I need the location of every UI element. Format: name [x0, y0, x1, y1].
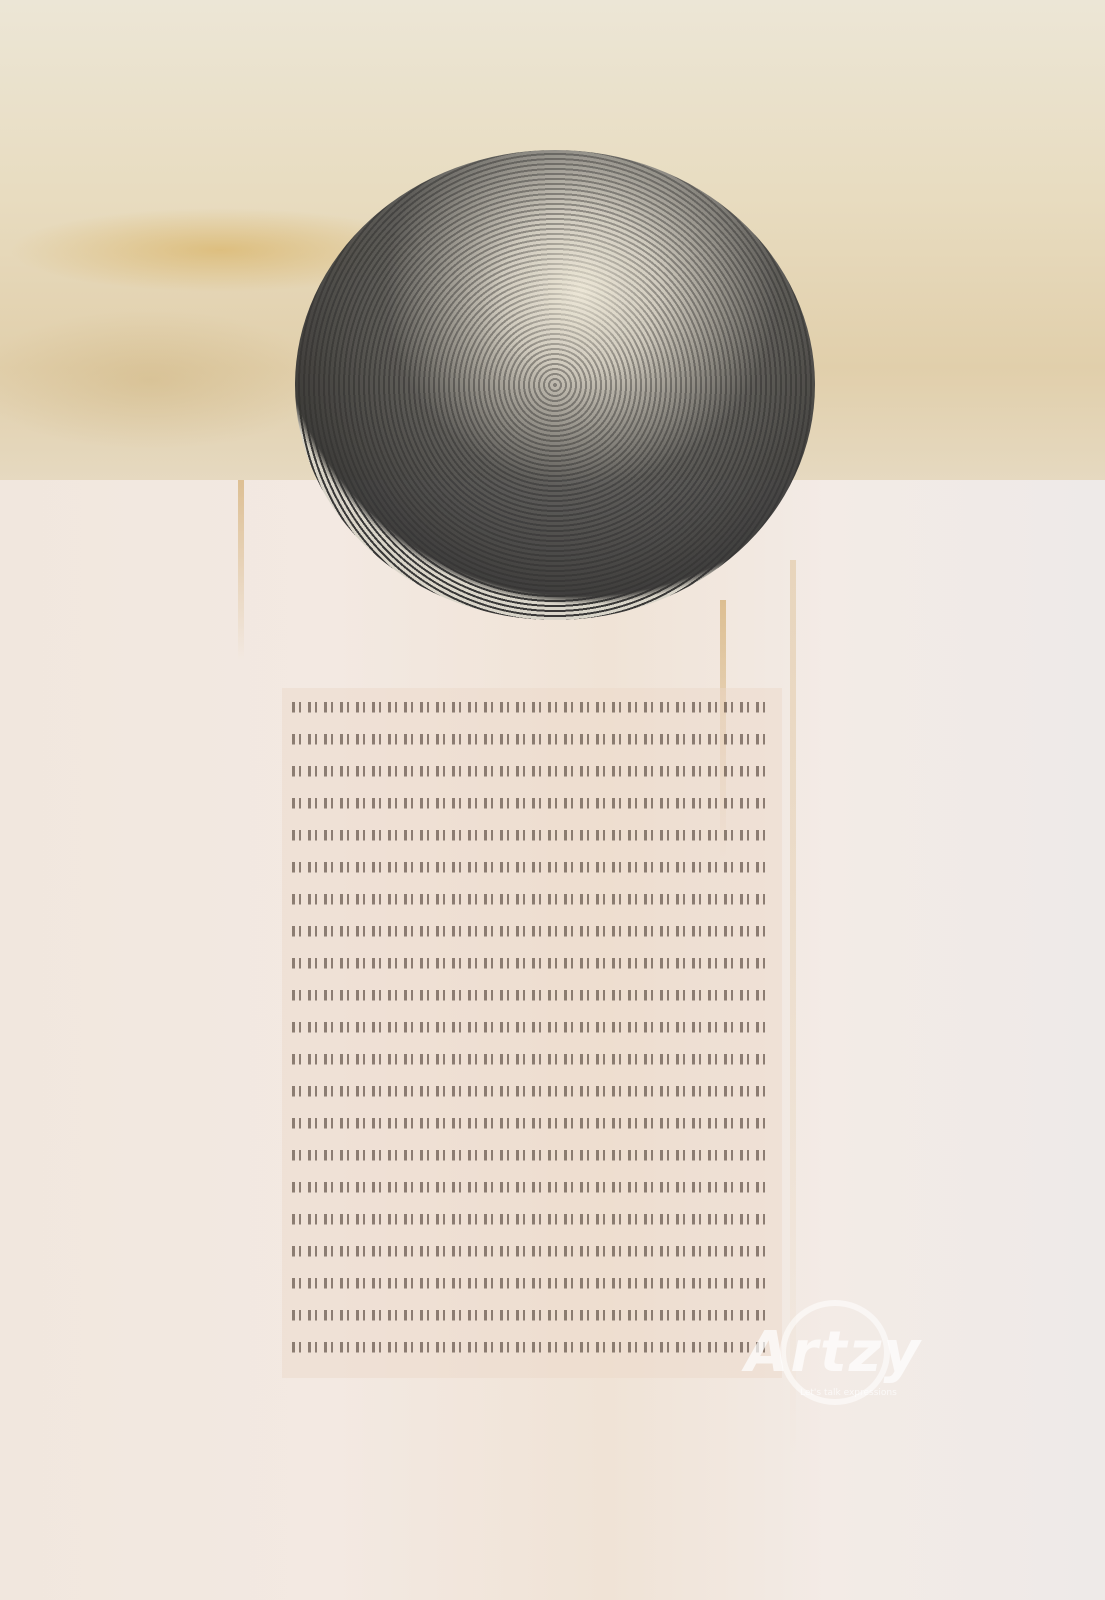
artzy-watermark: Artzy Let's talk expressions: [745, 1300, 955, 1410]
script-line: [292, 978, 772, 1008]
script-line: [292, 690, 772, 720]
script-line: [292, 1266, 772, 1296]
painting-canvas: Artzy Let's talk expressions: [0, 0, 1105, 1600]
watermark-brand: Artzy: [745, 1320, 922, 1385]
script-line: [292, 1298, 772, 1328]
script-line: [292, 882, 772, 912]
script-line: [292, 818, 772, 848]
paint-drip: [238, 480, 244, 660]
script-line: [292, 1202, 772, 1232]
watermark-tagline: Let's talk expressions: [800, 1388, 897, 1398]
script-line: [292, 722, 772, 752]
script-line: [292, 1074, 772, 1104]
script-line: [292, 1106, 772, 1136]
script-line: [292, 914, 772, 944]
script-line: [292, 850, 772, 880]
script-line: [292, 1330, 772, 1360]
script-line: [292, 754, 772, 784]
script-line: [292, 1138, 772, 1168]
script-line: [292, 786, 772, 816]
script-line: [292, 1170, 772, 1200]
script-line: [292, 1010, 772, 1040]
script-line: [292, 1042, 772, 1072]
script-line: [292, 946, 772, 976]
script-line: [292, 1234, 772, 1264]
handwritten-script-block: [282, 688, 782, 1378]
calligraphic-orb: [295, 150, 815, 620]
